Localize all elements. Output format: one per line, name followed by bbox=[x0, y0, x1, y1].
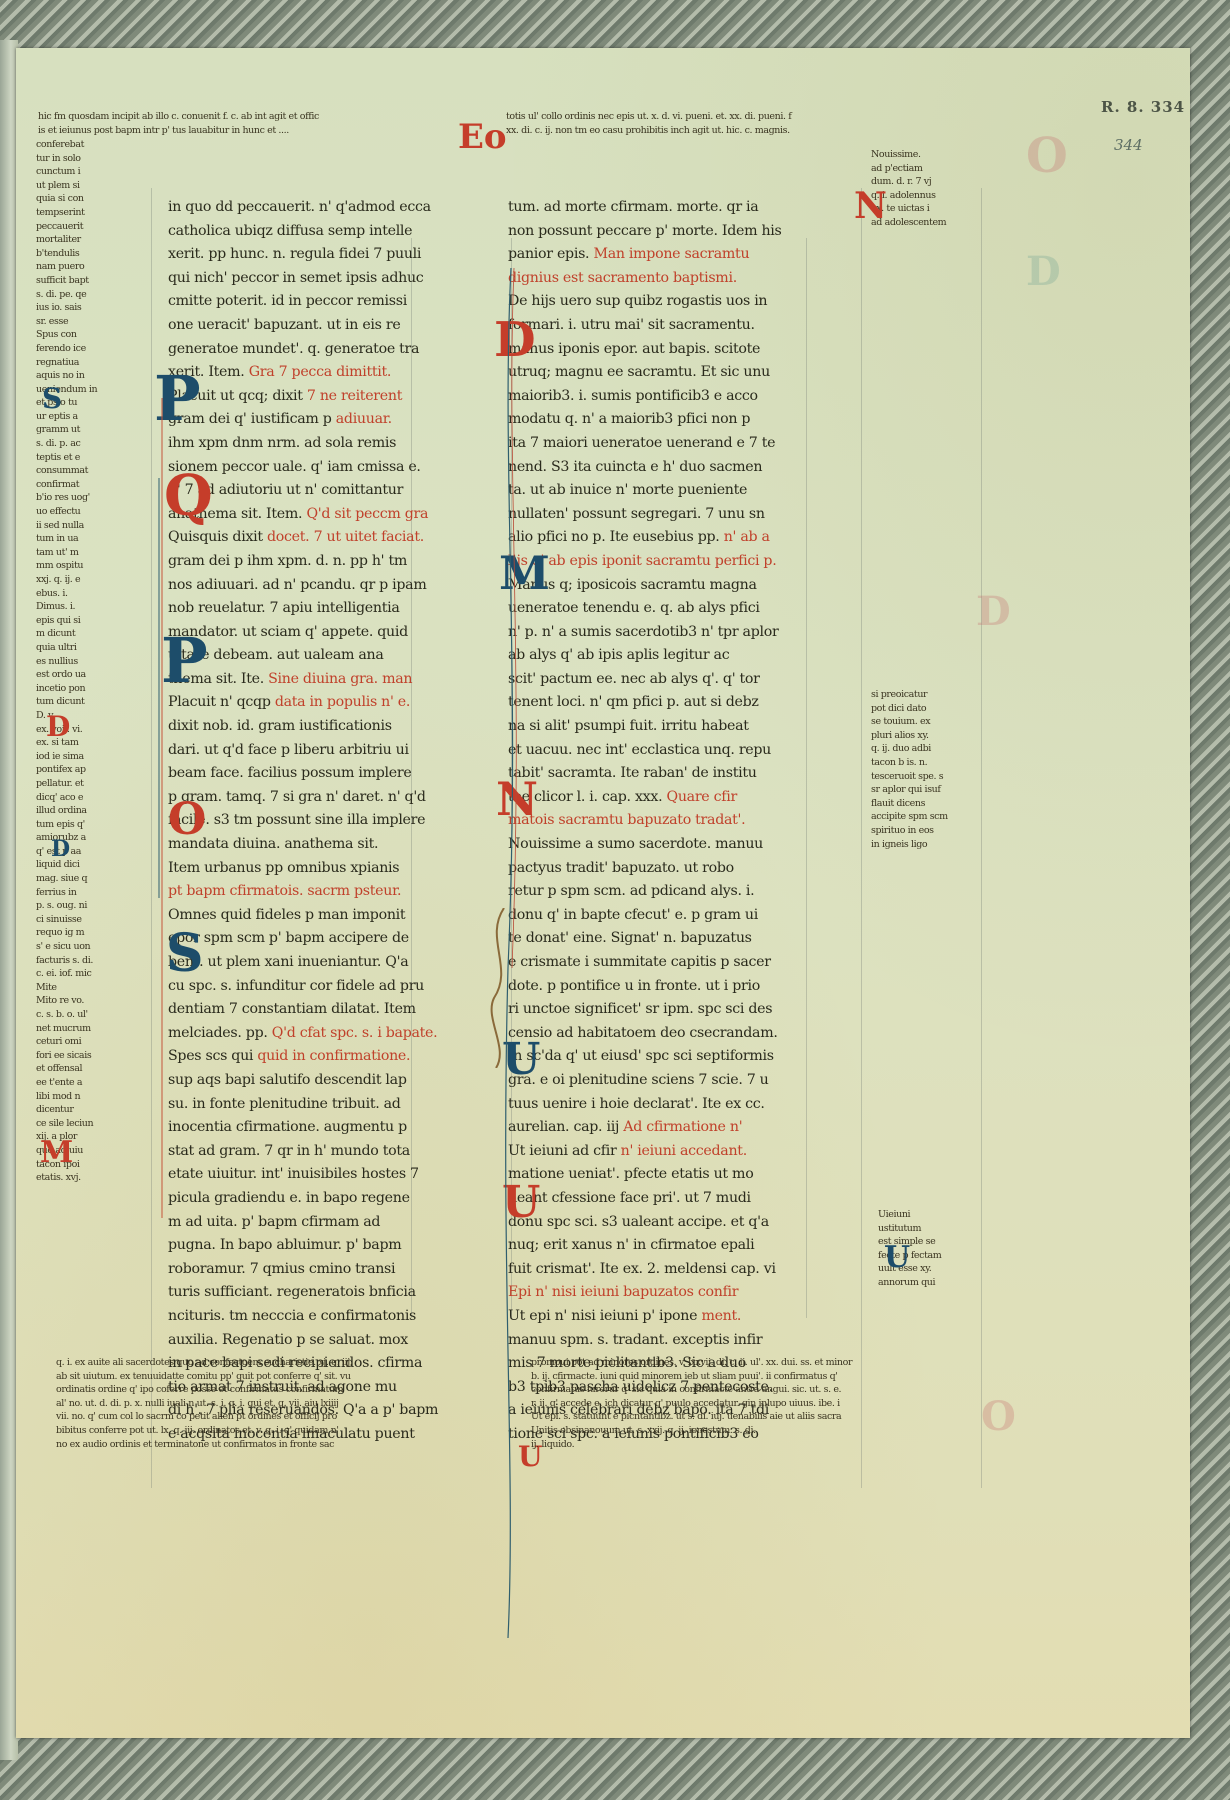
rubric-span: data in populis n' e. bbox=[275, 694, 410, 710]
text-span: ueneratoe tenendu e. q. ab alys pfici bbox=[508, 600, 760, 616]
gloss-line: mm ospitu bbox=[36, 559, 131, 573]
initial-o-red: O bbox=[168, 798, 206, 842]
text-span: ncituris. tm necccia e confirmatonis bbox=[168, 1308, 416, 1324]
text-line: thema sit. Ite. Sine diuina gra. man bbox=[168, 668, 478, 692]
text-line: roboramur. 7 qmius cmino transi bbox=[168, 1258, 478, 1282]
text-span: turis sufficiant. regeneratois bnficia bbox=[168, 1284, 416, 1300]
gloss-line: b'io res uog' bbox=[36, 491, 131, 505]
text-span: nos adiuuari. ad n' pcandu. qr p ipam bbox=[168, 577, 426, 593]
text-span: alio pfici no p. Ite eusebius pp. bbox=[508, 529, 724, 545]
rubric-span: pt bapm cfirmatois. sacrm psteur. bbox=[168, 883, 401, 899]
rubric-span: matois sacramtu bapuzato tradat'. bbox=[508, 812, 745, 828]
text-line: n' p. n' a sumis sacerdotib3 n' tpr aplo… bbox=[508, 621, 818, 645]
text-line: su. in fonte plenitudine tribuit. ad bbox=[168, 1093, 478, 1117]
text-span: e crismate i summitate capitis p sacer bbox=[508, 954, 771, 970]
text-line: ihm xpm dnm nrm. ad sola remis bbox=[168, 432, 478, 456]
text-span: modatu q. n' a maiorib3 pfici non p bbox=[508, 411, 750, 427]
gloss-line: etatis. xvj. bbox=[36, 1171, 131, 1185]
gloss-line: xx. di. c. ij. non tm eo casu prohibitis… bbox=[506, 124, 956, 138]
text-span: te donat' eine. Signat' n. bapuzatus bbox=[508, 930, 752, 946]
text-line: ueneratoe tenendu e. q. ab alys pfici bbox=[508, 597, 818, 621]
text-span: nend. S3 ita cuincta e h' duo sacmen bbox=[508, 459, 762, 475]
text-line: catholica ubiqz diffusa semp intelle bbox=[168, 220, 478, 244]
text-line: donu spc sci. s3 ualeant accipe. et q'a bbox=[508, 1211, 818, 1235]
text-span: n' p. n' a sumis sacerdotib3 n' tpr aplo… bbox=[508, 624, 778, 640]
gloss-line: Uieiuni bbox=[878, 1208, 988, 1222]
text-span: cu spc. s. infunditur cor fidele ad pru bbox=[168, 978, 424, 994]
text-span: Quisquis dixit bbox=[168, 529, 267, 545]
text-span: facile. s3 tm possunt sine illa implere bbox=[168, 812, 425, 828]
gloss-line: s. di. p. ac bbox=[36, 437, 131, 451]
rubric-span: Q'd cfat spc. s. i bapate. bbox=[272, 1025, 438, 1041]
text-column-a: in quo dd peccauerit. n' q'admod eccacat… bbox=[168, 196, 478, 1446]
gloss-line: est ordo ua bbox=[36, 668, 131, 682]
gloss-line: b'tendulis bbox=[36, 247, 131, 261]
text-span: manus iponis epor. aut bapis. scitote bbox=[508, 341, 760, 357]
gloss-line: accipite spm scm bbox=[871, 810, 981, 824]
rubric-span: Man impone sacramtu bbox=[593, 246, 749, 262]
rubric-span: dignius est sacramento baptismi. bbox=[508, 270, 737, 286]
gloss-line: tam ut' m bbox=[36, 546, 131, 560]
text-span: scit' pactum ee. nec ab alys q'. q' tor bbox=[508, 671, 760, 687]
rubric-span: ment. bbox=[701, 1308, 741, 1324]
text-line: Quisquis dixit docet. 7 ut uitet faciat. bbox=[168, 526, 478, 550]
text-span: ri unctoe significet' sr ipm. spc sci de… bbox=[508, 1001, 772, 1017]
text-line: tenent loci. n' qm pfici p. aut si debz bbox=[508, 691, 818, 715]
text-line: Manus q; iposicois sacramtu magna bbox=[508, 574, 818, 598]
initial-d-blue: D bbox=[51, 838, 70, 860]
text-line: melciades. pp. Q'd cfat spc. s. i bapate… bbox=[168, 1022, 478, 1046]
gloss-line: Dimus. i. bbox=[36, 600, 131, 614]
text-span: gra. e oi plenitudine sciens 7 scie. 7 u bbox=[508, 1072, 769, 1088]
initial-d-red: D bbox=[46, 713, 70, 741]
gloss-line: spirituo in eos bbox=[871, 824, 981, 838]
gloss-line: dum. d. r. 7 vj bbox=[871, 175, 981, 189]
ruling-line bbox=[151, 188, 152, 1488]
text-span: m ad uita. p' bapm cfirmam ad bbox=[168, 1214, 380, 1230]
text-line: tabit' sacramta. Ite raban' de institu bbox=[508, 762, 818, 786]
text-line: alio pfici no p. Ite eusebius pp. n' ab … bbox=[508, 526, 818, 550]
text-line: gram dei p ihm xpm. d. n. pp h' tm bbox=[168, 550, 478, 574]
text-span: donu spc sci. s3 ualeant accipe. et q'a bbox=[508, 1214, 769, 1230]
initial-u-blue: U bbox=[884, 1243, 910, 1273]
text-line: dentiam 7 constantiam dilatat. Item bbox=[168, 998, 478, 1022]
gloss-line: m dicunt bbox=[36, 627, 131, 641]
text-line: manuu spm. s. tradant. exceptis infir bbox=[508, 1329, 818, 1353]
folio-number: 344 bbox=[1114, 136, 1143, 154]
gloss-line: libi mod n bbox=[36, 1090, 131, 1104]
text-line: pugna. In bapo abluimur. p' bapm bbox=[168, 1234, 478, 1258]
gloss-line: al' no. ut. d. di. p. x. nulli iuali n u… bbox=[56, 1397, 496, 1411]
gloss-line: s. di. pe. qe bbox=[36, 288, 131, 302]
gloss-line: tum epis q' bbox=[36, 818, 131, 832]
text-line: toe clicor l. i. cap. xxx. Quare cfir bbox=[508, 786, 818, 810]
rubric-span: Epi n' nisi ieiuni bapuzatos confir bbox=[508, 1284, 738, 1300]
gloss-line: requo ig m bbox=[36, 926, 131, 940]
gloss-line: mortaliter bbox=[36, 233, 131, 247]
gloss-line: sufficit bapt bbox=[36, 274, 131, 288]
text-line: inocentia cfirmatione. augmentu p bbox=[168, 1116, 478, 1140]
gloss-line: ii sed nulla bbox=[36, 519, 131, 533]
text-line: Item urbanus pp omnibus xpianis bbox=[168, 857, 478, 881]
text-span: generatoe mundet'. q. generatoe tra bbox=[168, 341, 419, 357]
gloss-line: c. ei. iof. mic bbox=[36, 967, 131, 981]
gloss-line: q. i. adolennus bbox=[871, 189, 981, 203]
text-span: beam face. facilius possum implere bbox=[168, 765, 411, 781]
gloss-line: net mucrum bbox=[36, 1022, 131, 1036]
text-line: neant cfessione face pri'. ut 7 mudi bbox=[508, 1187, 818, 1211]
text-span: nullaten' possunt segregari. 7 unu sn bbox=[508, 506, 765, 522]
gloss-line: is et ieiunus post bapm intr p' tus laua… bbox=[38, 124, 468, 138]
text-line: fuit crismat'. Ite ex. 2. meldensi cap. … bbox=[508, 1258, 818, 1282]
text-span: censio ad habitatoem deo csecrandam. bbox=[508, 1025, 778, 1041]
text-span: one ueracit' bapuzant. ut in eis re bbox=[168, 317, 400, 333]
bottom-gloss-right: promoui pot ad minores ordines. v. lxxvi… bbox=[531, 1356, 1001, 1451]
text-span: neant cfessione face pri'. ut 7 mudi bbox=[508, 1190, 751, 1206]
show-through-letter: D bbox=[1026, 248, 1061, 295]
gloss-line: dicentur bbox=[36, 1103, 131, 1117]
text-line: mandator. ut sciam q' appete. quid bbox=[168, 621, 478, 645]
gloss-line: gramm ut bbox=[36, 423, 131, 437]
penwork-flourish bbox=[484, 908, 514, 1068]
gloss-line: q. ij. duo adbi bbox=[871, 742, 981, 756]
rubric-span: Ad cfirmatione n' bbox=[623, 1119, 742, 1135]
text-line: turis sufficiant. regeneratois bnficia bbox=[168, 1281, 478, 1305]
text-line: Placuit n' qcqp data in populis n' e. bbox=[168, 691, 478, 715]
gloss-line: tacon b is. n. bbox=[871, 756, 981, 770]
gloss-line: ex. te uictas i bbox=[871, 202, 981, 216]
text-span: tenent loci. n' qm pfici p. aut si debz bbox=[508, 694, 759, 710]
show-through-letter: D bbox=[976, 588, 1011, 635]
gloss-line: ebus. i. bbox=[36, 587, 131, 601]
text-span: ab alys q' ab ipis aplis legitur ac bbox=[508, 647, 729, 663]
gloss-line: regnatiua bbox=[36, 356, 131, 370]
text-span: etate uiuitur. int' inuisibiles hostes 7 bbox=[168, 1166, 419, 1182]
text-span: catholica ubiqz diffusa semp intelle bbox=[168, 223, 412, 239]
text-line: maiorib3. i. sumis pontificib3 e acco bbox=[508, 385, 818, 409]
text-span: fuit crismat'. Ite ex. 2. meldensi cap. … bbox=[508, 1261, 776, 1277]
text-line: manus iponis epor. aut bapis. scitote bbox=[508, 338, 818, 362]
text-line: ita 7 maiori ueneratoe uenerand e 7 te bbox=[508, 432, 818, 456]
gloss-line: uo effectu bbox=[36, 505, 131, 519]
gloss-line: bibitus conferre pot ut. lx. q. iij. ord… bbox=[56, 1424, 496, 1438]
text-line: nob reuelatur. 7 apiu intelligentia bbox=[168, 597, 478, 621]
initial-s-blue: S bbox=[166, 928, 204, 980]
text-span: ta. ut ab inuice n' morte pueniente bbox=[508, 482, 747, 498]
rubric-span: docet. 7 ut uitet faciat. bbox=[267, 529, 424, 545]
gloss-line: quia ultri bbox=[36, 641, 131, 655]
text-span: nuq; erit xanus n' in cfirmatoe epali bbox=[508, 1237, 754, 1253]
text-line: etate uiuitur. int' inuisibiles hostes 7 bbox=[168, 1163, 478, 1187]
initial-n-red: N bbox=[854, 188, 887, 224]
gloss-line: c. s. b. o. ul' bbox=[36, 1008, 131, 1022]
text-line: censio ad habitatoem deo csecrandam. bbox=[508, 1022, 818, 1046]
gloss-line: ad p'ectiam bbox=[871, 162, 981, 176]
text-span: formari. i. utru mai' sit sacramentu. bbox=[508, 317, 755, 333]
text-span: su. in fonte plenitudine tribuit. ad bbox=[168, 1096, 401, 1112]
text-line: Omnes quid fideles p man imponit bbox=[168, 904, 478, 928]
gloss-line: quia si con bbox=[36, 192, 131, 206]
text-span: roboramur. 7 qmius cmino transi bbox=[168, 1261, 395, 1277]
text-line: De hijs uero sup quibz rogastis uos in bbox=[508, 290, 818, 314]
gloss-line: ce sile leciun bbox=[36, 1117, 131, 1131]
top-gloss-left: hic fm quosdam incipit ab illo c. conuen… bbox=[38, 110, 468, 137]
text-line: retur p spm scm. ad pdicand alys. i. bbox=[508, 880, 818, 904]
text-line: picula gradiendu e. in bapo regene bbox=[168, 1187, 478, 1211]
text-line: one ueracit' bapuzant. ut in eis re bbox=[168, 314, 478, 338]
text-line: nend. S3 ita cuincta e h' duo sacmen bbox=[508, 456, 818, 480]
gloss-line: Unitis obsinanouum ut. s. xxij. q. ij. i… bbox=[531, 1424, 1001, 1438]
text-span: et uacuu. nec int' ecclastica unq. repu bbox=[508, 742, 771, 758]
text-span: inocentia cfirmatione. augmentu p bbox=[168, 1119, 407, 1135]
text-line: matione ueniat'. pfecte etatis ut mo bbox=[508, 1163, 818, 1187]
text-line: epor spm scm p' bapm accipere de bbox=[168, 927, 478, 951]
text-span: tuus uenire i hoie declarat'. Ite ex cc. bbox=[508, 1096, 765, 1112]
manuscript-leaf: R. 8. 334 344 hic fm quosdam incipit ab … bbox=[16, 48, 1190, 1738]
show-through-letter: O bbox=[1026, 128, 1068, 184]
text-line: beam face. facilius possum implere bbox=[168, 762, 478, 786]
text-span: qui nich' peccor in semet ipsis adhuc bbox=[168, 270, 423, 286]
text-line: scit' pactum ee. nec ab alys q'. q' tor bbox=[508, 668, 818, 692]
gloss-line: dicq' aco e bbox=[36, 791, 131, 805]
text-line: gram dei q' iustificam p adiuuar. bbox=[168, 408, 478, 432]
text-span: picula gradiendu e. in bapo regene bbox=[168, 1190, 410, 1206]
text-span: Omnes quid fideles p man imponit bbox=[168, 907, 405, 923]
gloss-line: b. ij. cfirmacte. iuni quid minorem ieb … bbox=[531, 1370, 1001, 1384]
text-span: dixit nob. id. gram iustificationis bbox=[168, 718, 392, 734]
text-line: non possunt peccare p' morte. Idem his bbox=[508, 220, 818, 244]
gloss-line: r. ij. q' accede e. ich dicatur q' puulo… bbox=[531, 1397, 1001, 1411]
gloss-line: tempserint bbox=[36, 206, 131, 220]
text-span: dote. p pontifice u in fronte. ut i prio bbox=[508, 978, 760, 994]
gloss-line: fori ee sicais bbox=[36, 1049, 131, 1063]
rubric-span: Gra 7 pecca dimittit. bbox=[249, 364, 391, 380]
text-span: in quo dd peccauerit. n' q'admod ecca bbox=[168, 199, 431, 215]
gloss-line: tum dicunt bbox=[36, 695, 131, 709]
text-line: bent. ut plem xani inueniantur. Q'a bbox=[168, 951, 478, 975]
text-line: qui nich' peccor in semet ipsis adhuc bbox=[168, 267, 478, 291]
text-line: aurelian. cap. iij Ad cfirmatione n' bbox=[508, 1116, 818, 1140]
text-line: Spes scs qui quid in confirmatione. bbox=[168, 1045, 478, 1069]
gloss-line: Mite bbox=[36, 981, 131, 995]
text-line: e crismate i summitate capitis p sacer bbox=[508, 951, 818, 975]
text-span: gram dei p ihm xpm. d. n. pp h' tm bbox=[168, 553, 407, 569]
text-line: ta. ut ab inuice n' morte pueniente bbox=[508, 479, 818, 503]
rubric-span: quid in confirmatione. bbox=[257, 1048, 410, 1064]
initial-q-red: Q bbox=[164, 468, 213, 524]
rubric-span: n' ab a bbox=[724, 529, 770, 545]
text-span: dari. ut q'd face p liberu arbitriu ui bbox=[168, 742, 409, 758]
rubric-span: Sine diuina gra. man bbox=[268, 671, 412, 687]
text-line: anathema sit. Item. Q'd sit peccm gra bbox=[168, 503, 478, 527]
gloss-line: pontifex ap bbox=[36, 763, 131, 777]
penwork-flourish bbox=[154, 398, 170, 1218]
text-line: et uacuu. nec int' ecclastica unq. repu bbox=[508, 739, 818, 763]
text-line: sup aqs bapi salutifo descendit lap bbox=[168, 1069, 478, 1093]
gloss-line: ad adolescentem bbox=[871, 216, 981, 230]
text-line: Epi n' nisi ieiuni bapuzatos confir bbox=[508, 1281, 818, 1305]
text-span: non possunt peccare p' morte. Idem his bbox=[508, 223, 782, 239]
text-line: in quo dd peccauerit. n' q'admod ecca bbox=[168, 196, 478, 220]
text-line: cu spc. s. infunditur cor fidele ad pru bbox=[168, 975, 478, 999]
rubric-span: n' ieiuni accedant. bbox=[621, 1143, 747, 1159]
gloss-line: q. i. ex auite ali sacerdotes quo ad con… bbox=[56, 1356, 496, 1370]
text-line: Nouissime a sumo sacerdote. manuu bbox=[508, 833, 818, 857]
gloss-line: epis qui si bbox=[36, 614, 131, 628]
text-span: cmitte poterit. id in peccor remissi bbox=[168, 293, 407, 309]
text-line: modatu q. n' a maiorib3 pfici non p bbox=[508, 408, 818, 432]
text-span: stat ad gram. 7 qr in h' mundo tota bbox=[168, 1143, 410, 1159]
gloss-line: annorum qui bbox=[878, 1276, 988, 1290]
gloss-line: vii. no. q' cum col lo sacrm co petit al… bbox=[56, 1410, 496, 1424]
gloss-line: pluri alios xy. bbox=[871, 729, 981, 743]
text-line: ncituris. tm necccia e confirmatonis bbox=[168, 1305, 478, 1329]
text-line: ri unctoe significet' sr ipm. spc sci de… bbox=[508, 998, 818, 1022]
text-span: ita 7 maiori ueneratoe uenerand e 7 te bbox=[508, 435, 775, 451]
text-line: dignius est sacramento baptismi. bbox=[508, 267, 818, 291]
text-line: matois sacramtu bapuzato tradat'. bbox=[508, 809, 818, 833]
gloss-line: consummat bbox=[36, 464, 131, 478]
gloss-line: tum in ua bbox=[36, 532, 131, 546]
gloss-line: nam puero bbox=[36, 260, 131, 274]
gloss-line: peccauerit bbox=[36, 220, 131, 234]
text-span: ihm xpm dnm nrm. ad sola remis bbox=[168, 435, 396, 451]
text-line: Placuit ut qcq; dixit 7 ne reiterent bbox=[168, 385, 478, 409]
left-marginal-gloss: conferebattur in solocunctum iut plem si… bbox=[36, 138, 131, 1185]
gloss-line: se touium. ex bbox=[871, 715, 981, 729]
gloss-line: Nouissime. bbox=[871, 148, 981, 162]
text-line: panior epis. Man impone sacramtu bbox=[508, 243, 818, 267]
text-line: xerit. pp hunc. n. regula fidei 7 puuli bbox=[168, 243, 478, 267]
gloss-line: ordinatis ordine q' ipo coferre posse et… bbox=[56, 1383, 496, 1397]
text-span: retur p spm scm. ad pdicand alys. i. bbox=[508, 883, 754, 899]
text-line: In sc'da q' ut eiusd' spc sci septiformi… bbox=[508, 1045, 818, 1069]
top-gloss-right: totis ul' collo ordinis nec epis ut. x. … bbox=[506, 110, 956, 137]
gloss-line: p. s. oug. ni bbox=[36, 899, 131, 913]
rubric-span: adiuuar. bbox=[336, 411, 392, 427]
gloss-line: Spus con bbox=[36, 328, 131, 342]
text-line: pactyus tradit' bapuzato. ut robo bbox=[508, 857, 818, 881]
text-line: te donat' eine. Signat' n. bapuzatus bbox=[508, 927, 818, 951]
gloss-line: flauit dicens bbox=[871, 797, 981, 811]
text-line: cmitte poterit. id in peccor remissi bbox=[168, 290, 478, 314]
text-line: stat ad gram. 7 qr in h' mundo tota bbox=[168, 1140, 478, 1164]
gloss-line: ustitutum bbox=[878, 1222, 988, 1236]
text-line: nuq; erit xanus n' in cfirmatoe epali bbox=[508, 1234, 818, 1258]
text-line: dote. p pontifice u in fronte. ut i prio bbox=[508, 975, 818, 999]
initial-m-red: M bbox=[40, 1138, 73, 1168]
text-span: donu q' in bapte cfecut' e. p gram ui bbox=[508, 907, 758, 923]
text-span: epor spm scm p' bapm accipere de bbox=[168, 930, 409, 946]
text-column-b: tum. ad morte cfirmam. morte. qr ianon p… bbox=[508, 196, 818, 1446]
text-span: panior epis. bbox=[508, 246, 593, 262]
gloss-line: s' e sicu uon bbox=[36, 940, 131, 954]
text-line: p gram. tamq. 7 si gra n' daret. n' q'd bbox=[168, 786, 478, 810]
gloss-line: ci sinuisse bbox=[36, 913, 131, 927]
decorated-initial: Eo bbox=[458, 120, 507, 154]
text-line: formari. i. utru mai' sit sacramentu. bbox=[508, 314, 818, 338]
text-span: xerit. pp hunc. n. regula fidei 7 puuli bbox=[168, 246, 421, 262]
gloss-line: facturis s. di. bbox=[36, 954, 131, 968]
text-span: Item urbanus pp omnibus xpianis bbox=[168, 860, 399, 876]
gloss-line: sr aplor qui isuf bbox=[871, 783, 981, 797]
gloss-line: tesceruoit spe. s bbox=[871, 770, 981, 784]
gloss-line: confirmat bbox=[36, 478, 131, 492]
text-span: pugna. In bapo abluimur. p' bapm bbox=[168, 1237, 401, 1253]
gloss-line: confirmatus iurerur q' sic quia in confi… bbox=[531, 1383, 1001, 1397]
gloss-line: hic fm quosdam incipit ab illo c. conuen… bbox=[38, 110, 468, 124]
text-line: dixit nob. id. gram iustificationis bbox=[168, 715, 478, 739]
text-span: melciades. pp. bbox=[168, 1025, 272, 1041]
gloss-line: ee t'ente a bbox=[36, 1076, 131, 1090]
text-line: auxilia. Regenatio p se saluat. mox bbox=[168, 1329, 478, 1353]
right-gloss-top: Nouissime.ad p'ectiamdum. d. r. 7 vjq. i… bbox=[871, 148, 981, 230]
gloss-line: in igneis ligo bbox=[871, 838, 981, 852]
text-span: Spes scs qui bbox=[168, 1048, 257, 1064]
text-line: facile. s3 tm possunt sine illa implere bbox=[168, 809, 478, 833]
text-span: maiorib3. i. sumis pontificib3 e acco bbox=[508, 388, 758, 404]
rubric-span: 7 ne reiterent bbox=[307, 388, 402, 404]
text-span: tum. ad morte cfirmam. morte. qr ia bbox=[508, 199, 758, 215]
text-span: dentiam 7 constantiam dilatat. Item bbox=[168, 1001, 416, 1017]
text-span: In sc'da q' ut eiusd' spc sci septiformi… bbox=[508, 1048, 774, 1064]
gloss-line: conferebat bbox=[36, 138, 131, 152]
text-line: donu q' in bapte cfecut' e. p gram ui bbox=[508, 904, 818, 928]
gloss-line: ij. liquido. bbox=[531, 1438, 1001, 1452]
text-span: manuu spm. s. tradant. exceptis infir bbox=[508, 1332, 762, 1348]
rubric-span: Quare cfir bbox=[667, 789, 737, 805]
text-line: xerit. Item. Gra 7 pecca dimittit. bbox=[168, 361, 478, 385]
rubric-span: Q'd sit peccm gra bbox=[306, 506, 428, 522]
gloss-line: totis ul' collo ordinis nec epis ut. x. … bbox=[506, 110, 956, 124]
gloss-line: es nullius bbox=[36, 655, 131, 669]
gloss-line: ab sit uiutum. ex tenuuidatte comitu pp'… bbox=[56, 1370, 496, 1384]
text-span: Ut epi n' nisi ieiuni p' ipone bbox=[508, 1308, 701, 1324]
shelfmark: R. 8. 334 bbox=[1101, 98, 1185, 116]
bottom-gloss-left: q. i. ex auite ali sacerdotes quo ad con… bbox=[56, 1356, 496, 1451]
text-line: uitare debeam. aut ualeam ana bbox=[168, 644, 478, 668]
text-span: auxilia. Regenatio p se saluat. mox bbox=[168, 1332, 408, 1348]
text-span: Nouissime a sumo sacerdote. manuu bbox=[508, 836, 763, 852]
text-span: na si alit' psumpi fuit. irritu habeat bbox=[508, 718, 749, 734]
text-span: utruq; magnu ee sacramtu. Et sic unu bbox=[508, 364, 770, 380]
gloss-line: no ex audio ordinis et terminatone ut co… bbox=[56, 1438, 496, 1452]
gloss-line: cunctum i bbox=[36, 165, 131, 179]
text-line: mandata diuina. anathema sit. bbox=[168, 833, 478, 857]
gloss-line: ut plem si bbox=[36, 179, 131, 193]
text-span: p gram. tamq. 7 si gra n' daret. n' q'd bbox=[168, 789, 426, 805]
gloss-line: si preoicatur bbox=[871, 688, 981, 702]
gloss-line: xxj. q. ij. e bbox=[36, 573, 131, 587]
gloss-line: ferendo ice bbox=[36, 342, 131, 356]
gloss-line: incetio pon bbox=[36, 682, 131, 696]
text-line: generatoe mundet'. q. generatoe tra bbox=[168, 338, 478, 362]
text-span: pactyus tradit' bapuzato. ut robo bbox=[508, 860, 734, 876]
gloss-line: aquis no in bbox=[36, 369, 131, 383]
gloss-line: ferrius in bbox=[36, 886, 131, 900]
text-line: nos adiuuari. ad n' pcandu. qr p ipam bbox=[168, 574, 478, 598]
text-line: tum. ad morte cfirmam. morte. qr ia bbox=[508, 196, 818, 220]
text-span: tabit' sacramta. Ite raban' de institu bbox=[508, 765, 757, 781]
gloss-line: promoui pot ad minores ordines. v. lxxvi… bbox=[531, 1356, 1001, 1370]
text-line: nullaten' possunt segregari. 7 unu sn bbox=[508, 503, 818, 527]
text-line: Ut ieiuni ad cfir n' ieiuni accedant. bbox=[508, 1140, 818, 1164]
gloss-line: tur in solo bbox=[36, 152, 131, 166]
gloss-line: Ut epi. s. statuunt e picntantibz. ut s.… bbox=[531, 1410, 1001, 1424]
text-span: nob reuelatur. 7 apiu intelligentia bbox=[168, 600, 400, 616]
ruling-line bbox=[861, 188, 862, 1488]
text-line: na si alit' psumpi fuit. irritu habeat bbox=[508, 715, 818, 739]
